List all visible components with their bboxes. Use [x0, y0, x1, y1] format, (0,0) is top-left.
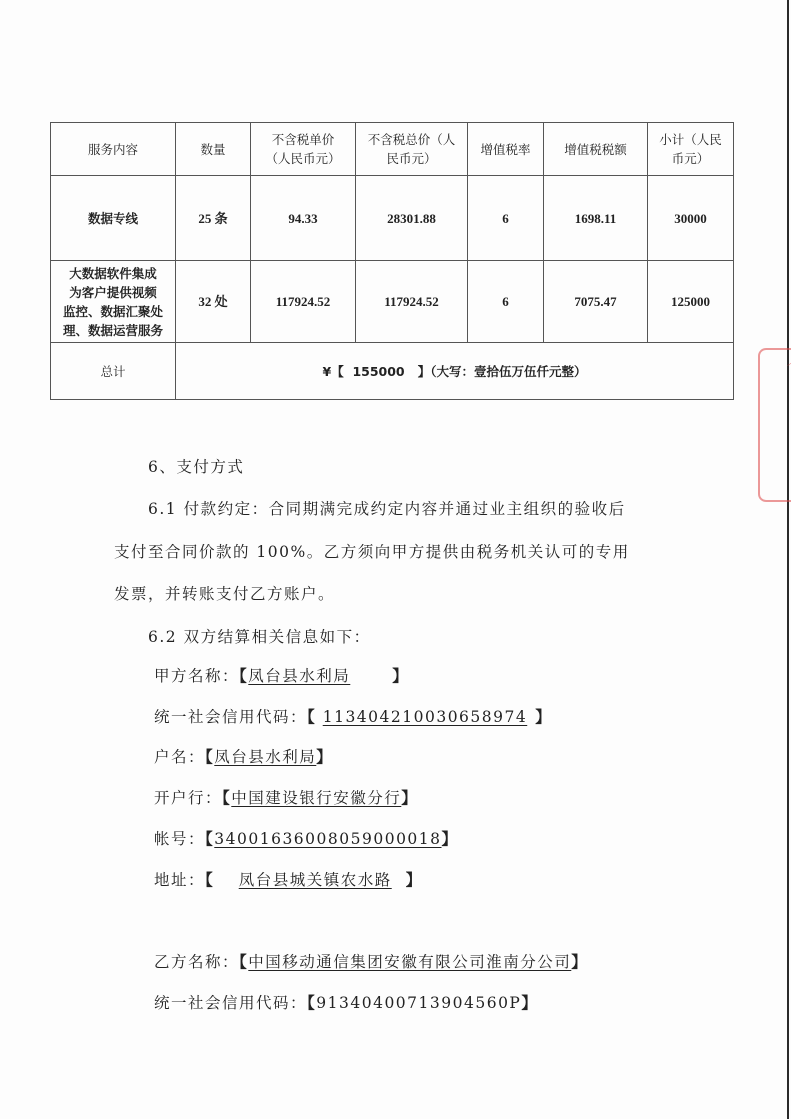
total-label: 总计 [51, 343, 176, 400]
party-a-name: 甲方名称：【凤台县水利局】 [154, 664, 409, 686]
header-subtotal: 小计（人民币元） [648, 123, 734, 176]
party-a-bank: 开户行：【中国建设银行安徽分行】 [154, 786, 418, 808]
page-edge [787, 0, 789, 1119]
clause-6-2: 6.2 双方结算相关信息如下： [148, 625, 371, 647]
cell-unit-price: 117924.52 [251, 261, 356, 343]
header-total-price: 不含税总价（人民币元） [356, 123, 468, 176]
party-a-name-value: 凤台县水利局 [248, 667, 392, 685]
total-value: ¥【 155000 】（大写：壹拾伍万伍仟元整） [176, 343, 734, 400]
cell-quantity: 32 处 [176, 261, 251, 343]
cell-vat-amount: 1698.11 [544, 176, 648, 261]
table-row: 大数据软件集成 为客户提供视频 监控、数据汇聚处 理、数据运营服务 32 处 1… [51, 261, 734, 343]
cell-quantity: 25 条 [176, 176, 251, 261]
table-total-row: 总计 ¥【 155000 】（大写：壹拾伍万伍仟元整） [51, 343, 734, 400]
party-a-account-name-value: 凤台县水利局 [214, 748, 316, 766]
cell-total-price: 117924.52 [356, 261, 468, 343]
cell-total-price: 28301.88 [356, 176, 468, 261]
cell-vat-rate: 6 [468, 176, 544, 261]
table-header-row: 服务内容 数量 不含税单价（人民币元） 不含税总价（人民币元） 增值税率 增值税… [51, 123, 734, 176]
cell-vat-amount: 7075.47 [544, 261, 648, 343]
clause-6-1-line1: 6.1 付款约定：合同期满完成约定内容并通过业主组织的验收后 [148, 497, 626, 519]
cell-vat-rate: 6 [468, 261, 544, 343]
party-a-account-name: 户名：【凤台县水利局】 [154, 745, 333, 767]
header-unit-price: 不含税单价（人民币元） [251, 123, 356, 176]
clause-6-1-line3: 发票，并转账支付乙方账户。 [114, 582, 335, 604]
header-vat-rate: 增值税率 [468, 123, 544, 176]
stamp-text: 合 [770, 355, 791, 377]
cell-subtotal: 30000 [648, 176, 734, 261]
party-b-name: 乙方名称：【中国移动通信集团安徽有限公司淮南分公司】 [154, 950, 588, 972]
header-service: 服务内容 [51, 123, 176, 176]
party-a-address-value: 凤台县城关镇农水路 [221, 871, 406, 889]
party-a-credit-value: 113404210030658974 [323, 708, 536, 726]
header-quantity: 数量 [176, 123, 251, 176]
party-a-account-number: 帐号：【34001636008059000018】 [154, 827, 459, 849]
cell-service: 大数据软件集成 为客户提供视频 监控、数据汇聚处 理、数据运营服务 [51, 261, 176, 343]
pricing-table: 服务内容 数量 不含税单价（人民币元） 不含税总价（人民币元） 增值税率 增值税… [50, 122, 734, 400]
table-row: 数据专线 25 条 94.33 28301.88 6 1698.11 30000 [51, 176, 734, 261]
party-a-bank-value: 中国建设银行安徽分行 [231, 789, 401, 807]
header-vat-amount: 增值税税额 [544, 123, 648, 176]
section-heading: 6、支付方式 [148, 455, 244, 477]
cell-service: 数据专线 [51, 176, 176, 261]
party-a-credit-code: 统一社会信用代码：【 113404210030658974】 [154, 705, 552, 727]
cell-subtotal: 125000 [648, 261, 734, 343]
party-b-name-value: 中国移动通信集团安徽有限公司淮南分公司 [248, 953, 571, 971]
clause-6-1-line2: 支付至合同价款的 100%。乙方须向甲方提供由税务机关认可的专用 [114, 540, 630, 562]
party-b-credit-code: 统一社会信用代码：【91340400713904560P】 [154, 991, 538, 1013]
cell-unit-price: 94.33 [251, 176, 356, 261]
party-a-account-number-value: 34001636008059000018 [214, 830, 441, 848]
party-a-address: 地址：【 凤台县城关镇农水路】 [154, 868, 423, 890]
party-b-credit-value: 91340400713904560P [316, 994, 521, 1012]
